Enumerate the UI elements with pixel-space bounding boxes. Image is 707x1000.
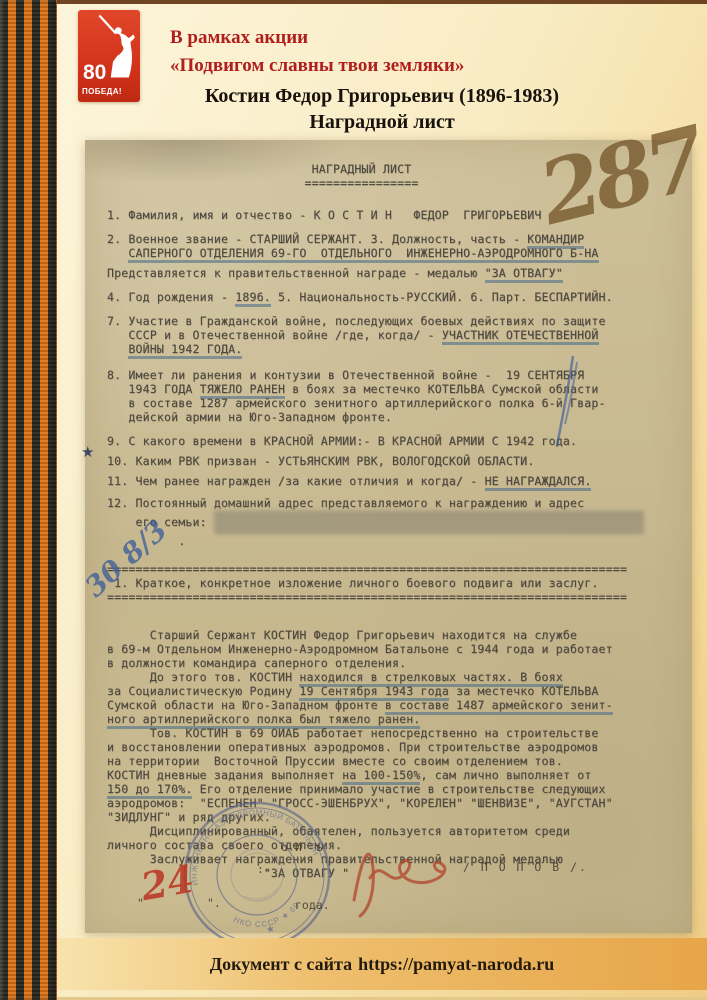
redacted-region <box>214 510 644 534</box>
typed-text: Представляется к правительственной награ… <box>107 266 485 280</box>
typed-text: 1. Фамилия, имя и отчество - К О С Т И Н… <box>107 208 542 222</box>
typed-text: ================ <box>305 176 419 190</box>
typed-fragment-initials: о И ъ <box>281 840 323 854</box>
typed-text: аэродромов: "ЕСПЕНЕН" "ГРОСС-ЭШЕНБРУХ", … <box>107 796 613 810</box>
typed-text: КОСТИН дневные задания выполняет <box>107 768 342 782</box>
doc-line: . <box>107 534 692 548</box>
typed-text: Старший Сержант КОСТИН Федор Григорьевич… <box>107 628 577 642</box>
typed-text: 7. Участие в Гражданской войне, последую… <box>107 314 606 328</box>
typed-text: НАГРАДНЫЙ ЛИСТ <box>312 162 412 176</box>
typed-fragment-year: года. <box>295 898 330 912</box>
doc-line: в должности командира саперного отделени… <box>107 656 692 670</box>
doc-line: аэродромов: "ЕСПЕНЕН" "ГРОСС-ЭШЕНБРУХ", … <box>107 796 692 810</box>
doc-line: ========================================… <box>107 590 692 604</box>
typed-text: До этого тов. КОСТИН <box>107 670 299 684</box>
underlined-text: НЕ НАГРАЖДАЛСЯ. <box>485 474 592 491</box>
logo-number: 80 <box>83 61 106 85</box>
typed-text: 9. С какого времени в КРАСНОЙ АРМИИ:- В … <box>107 434 577 448</box>
doc-line: Сумской области на Юго-Западном фронте в… <box>107 698 692 712</box>
typed-text: 11. Чем ранее награжден /за какие отличи… <box>107 474 485 488</box>
typed-text: в составе 1287 армейского зенитного арти… <box>107 396 606 410</box>
doc-line: 2. Военное звание - СТАРШИЙ СЕРЖАНТ. 3. … <box>107 232 692 246</box>
doc-line: 12. Постоянный домашний адрес представля… <box>107 496 692 510</box>
doc-line: Тов. КОСТИН в 69 ОИАБ работает непосредс… <box>107 726 692 740</box>
footer-band: Документ с сайта https://pamyat-naroda.r… <box>57 938 707 990</box>
typed-text <box>107 246 128 260</box>
doc-line: на территории Восточной Пруссии вместе с… <box>107 754 692 768</box>
campaign-text: В рамках акции «Подвигом славны твои зем… <box>170 24 464 80</box>
margin-star-mark: ★ <box>81 443 94 462</box>
sword-icon <box>99 16 116 34</box>
top-border <box>57 0 707 4</box>
doc-line: 150 до 170%. Его отделение принимало уча… <box>107 782 692 796</box>
doc-line: До этого тов. КОСТИН находился в стрелко… <box>107 670 692 684</box>
doc-line: ВОЙНЫ 1942 ГОДА. <box>107 342 692 356</box>
typed-text: 4. Год рождения - <box>107 290 235 304</box>
doc-line: и восстановлении оперативных аэродромов.… <box>107 740 692 754</box>
typed-fragment-surname: / П О П О В /. <box>463 860 588 874</box>
typed-quote-close: ". <box>207 896 221 910</box>
handwritten-day: 24 <box>137 856 197 910</box>
doc-line: Представляется к правительственной награ… <box>107 266 692 280</box>
typed-text: 10. Каким РВК призван - УСТЬЯНСКИМ РВК, … <box>107 454 534 468</box>
typed-text: в должности командира саперного отделени… <box>107 656 406 670</box>
typed-text: Его отделение принимало участие в строит… <box>192 782 605 796</box>
typed-text: дейской армии на Юго-Западном фронте. <box>107 410 392 424</box>
doc-line: КОСТИН дневные задания выполняет на 100-… <box>107 768 692 782</box>
typed-text: за местечко КОТЕЛЬВА <box>449 684 599 698</box>
typed-text: 8. Имеет ли ранения и контузии в Отечест… <box>107 368 584 382</box>
doc-line: в 69-м Отдельном Инженерно-Аэродромном Б… <box>107 642 692 656</box>
typed-text: в 69-м Отдельном Инженерно-Аэродромном Б… <box>107 642 613 656</box>
doc-line: 11. Чем ранее награжден /за какие отличи… <box>107 474 692 488</box>
typed-quote-open: " <box>137 896 144 910</box>
footer-url[interactable]: https://pamyat-naroda.ru <box>358 954 554 975</box>
typed-text: за Социалистическую Родину <box>107 684 299 698</box>
campaign-line2: «Подвигом славны твои земляки» <box>170 52 464 80</box>
typed-text <box>107 342 128 356</box>
blue-pen-mark <box>551 354 581 449</box>
doc-line: 1. Краткое, конкретное изложение личного… <box>107 576 692 590</box>
underlined-text: ВОЙНЫ 1942 ГОДА. <box>128 342 242 359</box>
typed-text: , сам лично выполняет от <box>420 768 591 782</box>
doc-line: 9. С какого времени в КРАСНОЙ АРМИИ:- В … <box>107 434 692 448</box>
campaign-line1: В рамках акции <box>170 24 464 52</box>
typed-text: 2. Военное звание - СТАРШИЙ СЕРЖАНТ. 3. … <box>107 232 527 246</box>
doc-line: 8. Имеет ли ранения и контузии в Отечест… <box>107 368 692 382</box>
doc-line: Старший Сержант КОСТИН Федор Григорьевич… <box>107 628 692 642</box>
document-scan: НАГРАДНЫЙ ЛИСТ================1. Фамилия… <box>85 140 692 933</box>
typed-text: и восстановлении оперативных аэродромов.… <box>107 740 599 754</box>
doc-line: в составе 1287 армейского зенитного арти… <box>107 396 692 410</box>
underlined-text: САПЕРНОГО ОТДЕЛЕНИЯ 69-ГО ОТДЕЛЬНОГО ИНЖ… <box>128 246 598 263</box>
typed-text-block: НАГРАДНЫЙ ЛИСТ================1. Фамилия… <box>85 140 692 880</box>
underlined-text: 1896. <box>235 290 271 307</box>
doc-line: ========================================… <box>107 562 692 576</box>
typed-text: Сумской области на Юго-Западном фронте <box>107 698 385 712</box>
doc-line: 7. Участие в Гражданской войне, последую… <box>107 314 692 328</box>
typed-text: на территории Восточной Пруссии вместе с… <box>107 754 563 768</box>
typed-fragment-colon: :- <box>257 862 271 876</box>
doc-line: 1943 ГОДА ТЯЖЕЛО РАНЕН в боях за местечк… <box>107 382 692 396</box>
typed-text: 1943 ГОДА <box>107 382 200 396</box>
doc-line: СССР и в Отечественной войне /где, когда… <box>107 328 692 342</box>
doc-line: 10. Каким РВК призван - УСТЬЯНСКИМ РВК, … <box>107 454 692 468</box>
doc-line: САПЕРНОГО ОТДЕЛЕНИЯ 69-ГО ОТДЕЛЬНОГО ИНЖ… <box>107 246 692 260</box>
typed-text: 12. Постоянный домашний адрес представля… <box>107 496 584 510</box>
typed-text: ========================================… <box>107 590 627 604</box>
st-george-ribbon <box>0 0 57 1000</box>
doc-line: дейской армии на Юго-Западном фронте. <box>107 410 692 424</box>
typed-text: 5. Национальность-РУССКИЙ. 6. Парт. БЕСП… <box>271 290 613 304</box>
footer-caption: Документ с сайта <box>210 954 352 975</box>
typed-text: СССР и в Отечественной войне /где, когда… <box>107 328 442 342</box>
typed-text: ========================================… <box>107 562 627 576</box>
doc-line: 4. Год рождения - 1896. 5. Национальност… <box>107 290 692 304</box>
doc-line: его семьи: <box>107 510 692 534</box>
typed-text: Тов. КОСТИН в 69 ОИАБ работает непосредс… <box>107 726 599 740</box>
underlined-text: "ЗА ОТВАГУ" <box>485 266 563 283</box>
doc-line: ного артиллерийского полка был тяжело ра… <box>107 712 692 726</box>
person-name: Костин Федор Григорьевич (1896-1983) <box>57 85 707 108</box>
typed-text: 1. Краткое, конкретное изложение личного… <box>107 576 599 590</box>
doc-line: за Социалистическую Родину 19 Сентября 1… <box>107 684 692 698</box>
poster-page: 80 ПОБЕДА! В рамках акции «Подвигом слав… <box>0 0 707 1000</box>
